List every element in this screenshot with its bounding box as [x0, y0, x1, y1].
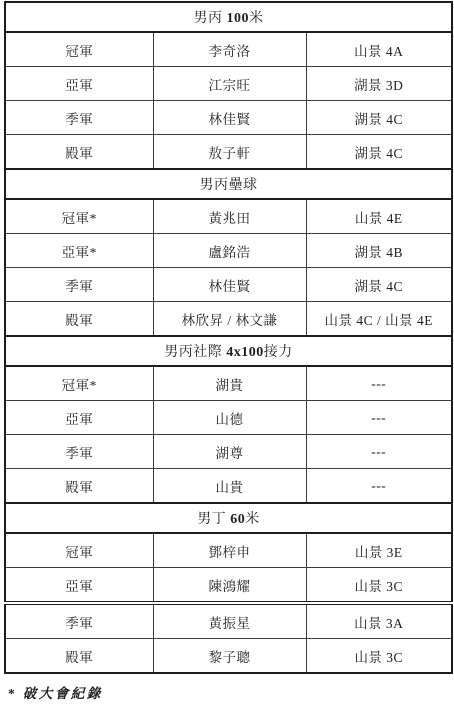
rank-cell: 季軍	[5, 101, 153, 135]
table-row: 季軍 黃振星 山景 3A	[5, 603, 452, 639]
rank-cell: 殿軍	[5, 302, 153, 337]
rank-cell: 冠軍*	[5, 199, 153, 234]
house-cell: 湖景 4C	[306, 101, 452, 135]
section-title-text: 接力	[264, 345, 293, 360]
rank-cell: 季軍	[5, 603, 153, 639]
table-row: 殿軍 敖子軒 湖景 4C	[5, 135, 452, 170]
rank-cell: 殿軍	[5, 469, 153, 504]
table-row: 亞軍 江宗旺 湖景 3D	[5, 67, 452, 101]
section-title: 男丙 100米	[5, 2, 452, 32]
name-cell: 林佳賢	[153, 268, 306, 302]
rank-cell: 亞軍	[5, 67, 153, 101]
name-cell: 鄧梓申	[153, 533, 306, 568]
rank-cell: 殿軍	[5, 639, 153, 674]
section-header: 男丙社際 4x100接力	[5, 336, 452, 366]
house-cell: 山景 3A	[306, 603, 452, 639]
section-header: 男丁 60米	[5, 503, 452, 533]
name-cell: 江宗旺	[153, 67, 306, 101]
house-cell: 山景 4C / 山景 4E	[306, 302, 452, 337]
table-row: 殿軍 黎子聰 山景 3C	[5, 639, 452, 674]
section-title: 男丁 60米	[5, 503, 452, 533]
section-header: 男丙壘球	[5, 169, 452, 199]
section-title-bold: 4x100	[226, 345, 264, 360]
house-cell: ---	[306, 401, 452, 435]
section-title-text: 男丁	[197, 512, 230, 527]
house-cell: ---	[306, 366, 452, 401]
section-title-text: 米	[245, 512, 260, 527]
house-cell: 山景 4E	[306, 199, 452, 234]
section-title-text: 男丙社際	[164, 345, 226, 360]
section-title-text: 男丙壘球	[200, 178, 258, 193]
results-table: 男丙 100米 冠軍 李奇洛 山景 4A 亞軍 江宗旺 湖景 3D 季軍 林佳賢…	[4, 1, 453, 674]
name-cell: 黎子聰	[153, 639, 306, 674]
table-row: 殿軍 林欣昇 / 林文謙 山景 4C / 山景 4E	[5, 302, 452, 337]
table-row: 季軍 林佳賢 湖景 4C	[5, 101, 452, 135]
rank-cell: 亞軍	[5, 568, 153, 604]
footnote-text: 破大會紀錄	[23, 686, 103, 701]
house-cell: ---	[306, 469, 452, 504]
section-title-bold: 100	[227, 11, 250, 26]
table-row: 亞軍 陳鴻耀 山景 3C	[5, 568, 452, 604]
section-title: 男丙壘球	[5, 169, 452, 199]
table-row: 冠軍* 湖貴 ---	[5, 366, 452, 401]
name-cell: 陳鴻耀	[153, 568, 306, 604]
name-cell: 林欣昇 / 林文謙	[153, 302, 306, 337]
name-cell: 山貴	[153, 469, 306, 504]
table-row: 季軍 湖尊 ---	[5, 435, 452, 469]
house-cell: 湖景 4B	[306, 234, 452, 268]
name-cell: 黃振星	[153, 603, 306, 639]
table-row: 冠軍 鄧梓申 山景 3E	[5, 533, 452, 568]
rank-cell: 冠軍	[5, 32, 153, 67]
rank-cell: 殿軍	[5, 135, 153, 170]
table-row: 冠軍* 黃兆田 山景 4E	[5, 199, 452, 234]
table-row: 亞軍 山德 ---	[5, 401, 452, 435]
rank-cell: 季軍	[5, 268, 153, 302]
name-cell: 敖子軒	[153, 135, 306, 170]
table-row: 冠軍 李奇洛 山景 4A	[5, 32, 452, 67]
document-page: 男丙 100米 冠軍 李奇洛 山景 4A 亞軍 江宗旺 湖景 3D 季軍 林佳賢…	[0, 0, 454, 720]
house-cell: 湖景 3D	[306, 67, 452, 101]
rank-cell: 亞軍*	[5, 234, 153, 268]
name-cell: 李奇洛	[153, 32, 306, 67]
name-cell: 黃兆田	[153, 199, 306, 234]
rank-cell: 冠軍	[5, 533, 153, 568]
name-cell: 盧銘浩	[153, 234, 306, 268]
section-title: 男丙社際 4x100接力	[5, 336, 452, 366]
house-cell: 山景 3E	[306, 533, 452, 568]
house-cell: ---	[306, 435, 452, 469]
house-cell: 山景 3C	[306, 568, 452, 604]
name-cell: 湖尊	[153, 435, 306, 469]
table-row: 殿軍 山貴 ---	[5, 469, 452, 504]
rank-cell: 亞軍	[5, 401, 153, 435]
section-title-bold: 60	[230, 512, 245, 527]
name-cell: 山德	[153, 401, 306, 435]
house-cell: 山景 4A	[306, 32, 452, 67]
name-cell: 林佳賢	[153, 101, 306, 135]
section-title-text: 男丙	[194, 11, 227, 26]
rank-cell: 季軍	[5, 435, 153, 469]
house-cell: 山景 3C	[306, 639, 452, 674]
table-row: 季軍 林佳賢 湖景 4C	[5, 268, 452, 302]
section-header: 男丙 100米	[5, 2, 452, 32]
table-row: 亞軍* 盧銘浩 湖景 4B	[5, 234, 452, 268]
footnote-asterisk: *	[8, 686, 15, 701]
section-title-text: 米	[249, 11, 264, 26]
rank-cell: 冠軍*	[5, 366, 153, 401]
footnote: *破大會紀錄	[8, 682, 454, 702]
house-cell: 湖景 4C	[306, 135, 452, 170]
house-cell: 湖景 4C	[306, 268, 452, 302]
name-cell: 湖貴	[153, 366, 306, 401]
